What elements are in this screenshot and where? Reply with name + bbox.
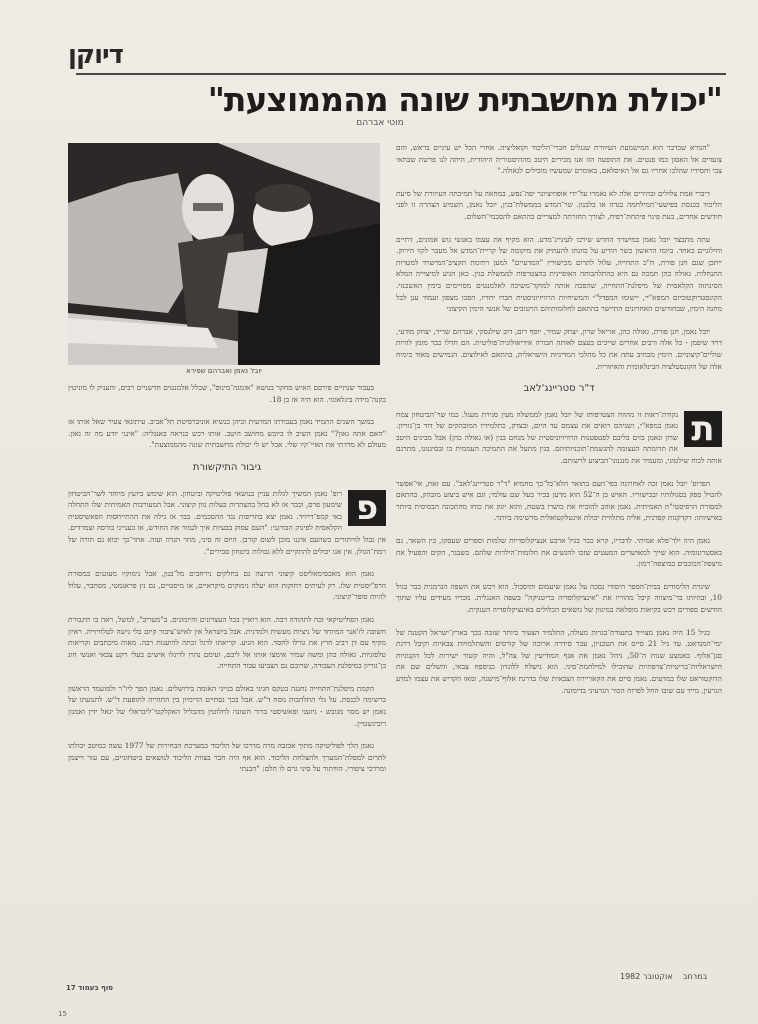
drop-cap: פ (348, 490, 386, 526)
drop-cap: ת (684, 411, 722, 447)
subheading: גיבור התיקשורת (68, 462, 386, 474)
left-column: בעבור שנתיים פירסם האיש מחקר בנושא "אומג… (68, 382, 386, 786)
paragraph: נאמן הפוליטיקאי זכה לתהודה רבה. הוא רואי… (68, 614, 386, 672)
photo-image-icon (68, 143, 380, 365)
paragraph-text: נקודת־ראות זו מהווה הצטרפותו של יובל נאמ… (396, 410, 722, 465)
paragraph: יובל נאמן, חנן פורת, גאולה כהן, אריאל שר… (396, 326, 722, 372)
header-rule (76, 73, 726, 75)
section-tag: דיוקן (68, 40, 123, 70)
continued-on-page: סוף בעמוד 17 (66, 984, 113, 992)
article-photo (68, 143, 380, 365)
paragraph: בגיל 15 היה נאמן מצוייד בתעודת־בגרות מעו… (396, 627, 722, 697)
paragraph: עתה מתבצר יובל נאמן במישרד החדש שירכז לע… (396, 234, 722, 315)
newspaper-page: דיוקן "יכולת מחשבתית שונה מהממוצעת" מוטי… (0, 0, 758, 1024)
photo-caption: יובל נאמן ואברהם שפירא (68, 367, 380, 375)
publication-name: במרחב (683, 972, 707, 981)
paragraph: נאמן הלך לפוליטיקה מתוך אכזבה מרה מדרכו … (68, 740, 386, 775)
paragraph: דיברי אמת צלולים ובהירים אלה לא נאמרו על… (396, 188, 722, 223)
paragraph: הקמת מיפלגת־התחייה נחגגה בטקס חגיגי באול… (68, 683, 386, 729)
paragraph: נאמן היה ילד־פלא אמיתי. לדבריו, קרא כבר … (396, 535, 722, 570)
footer-publication: במרחב אוקטובר 1982 (620, 972, 707, 981)
paragraph: בעבור שנתיים פירסם האיש מחקר בנושא "אומג… (68, 382, 386, 405)
paragraph: נאמן הוא מאכסימאליסט קיצוני הרוצה גם בחל… (68, 568, 386, 603)
paragraph: "הנורא שבדבר הוא המישמעת העיוורת שנגלים … (396, 142, 722, 177)
paragraph: הפרופ' יובל נאמן זכה לאחרונה בפי־העם בתו… (396, 478, 722, 524)
paragraph: במשך השנים התמיד נאמן בעבודתו המדעית וכי… (68, 416, 386, 451)
paragraph-text: רופ' נאמן המשיך לגלות עניין בנושאי פוליט… (68, 489, 386, 556)
headline: "יכולת מחשבתית שונה מהממוצעת" (72, 80, 722, 119)
publication-date: אוקטובר 1982 (620, 972, 673, 981)
byline: מוטי אברהם (330, 118, 430, 128)
paragraph: שיגרת הלימודים בבית־הספר היסודי נסכה על … (396, 581, 722, 616)
subheading: ד"ר סטריינג'לאב (396, 383, 722, 395)
page-number: 15 (58, 1010, 67, 1018)
paragraph-with-dropcap: פרופ' נאמן המשיך לגלות עניין בנושאי פולי… (68, 488, 386, 558)
right-column: "הנורא שבדבר הוא המישמעת העיוורת שנגלים … (396, 142, 722, 707)
paragraph-with-dropcap: תנקודת־ראות זו מהווה הצטרפותו של יובל נא… (396, 409, 722, 467)
